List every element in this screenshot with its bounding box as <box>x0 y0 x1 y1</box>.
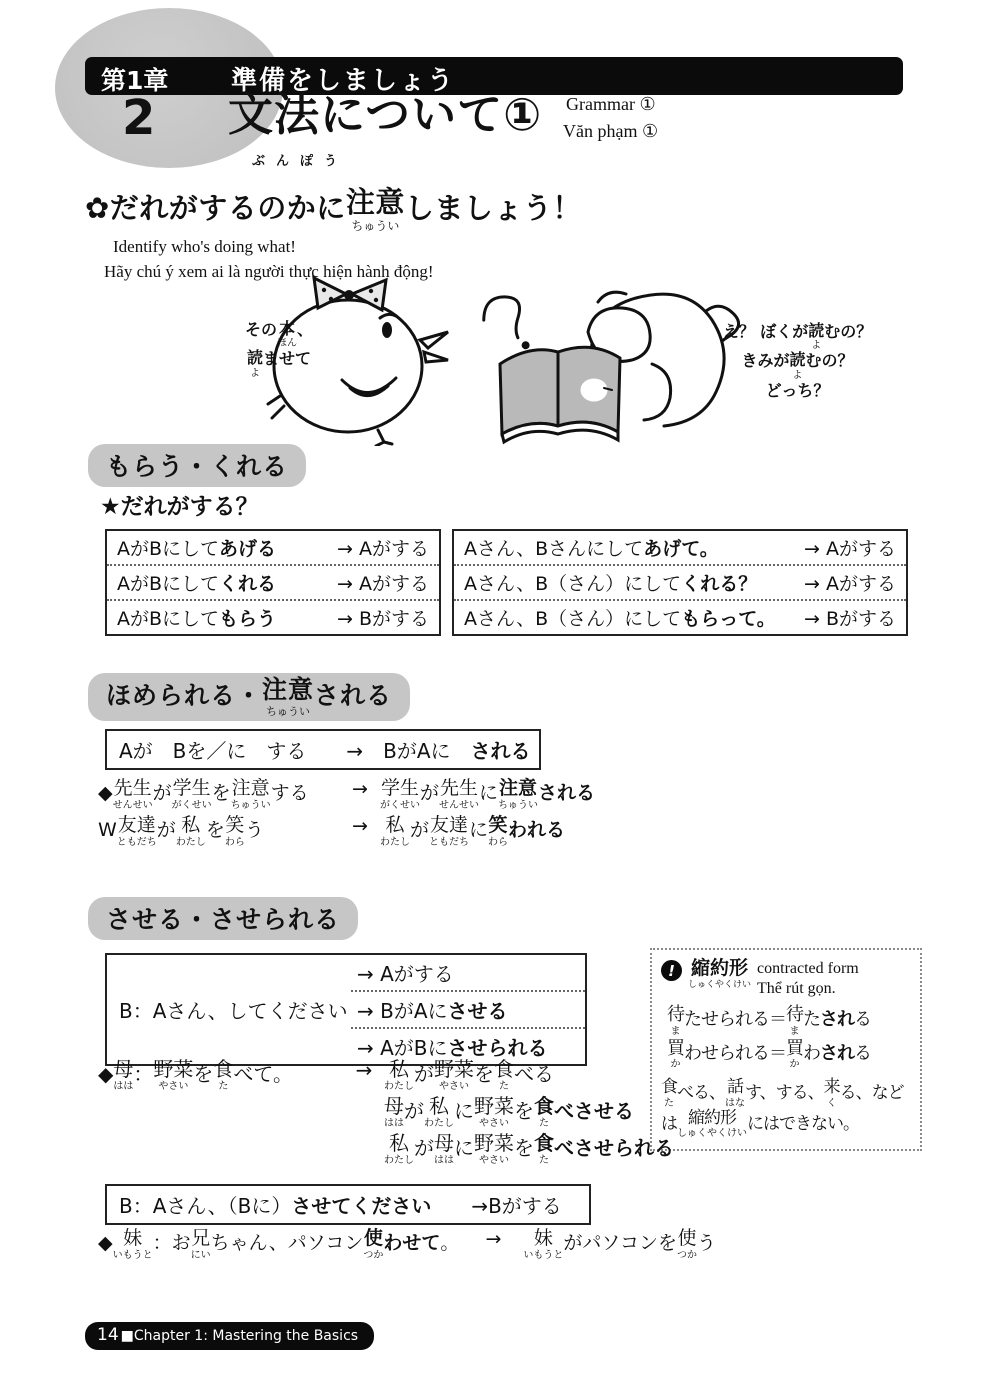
causative-example: ◆母はは：野菜やさいを食たべて。 → 私わたしが野菜やさいを食たべる 母ははが私… <box>98 1058 674 1166</box>
example-from: W友達ともだちが私わたしを笑わらう <box>98 815 340 848</box>
note-body-line: 食たべる、話はなす、する、来くる、など <box>661 1078 911 1109</box>
example-to: 私わたしが野菜やさいを食たべる <box>384 1058 674 1092</box>
note-title-vietnamese: Thể rút gọn. <box>757 980 836 997</box>
table-row: AがBにしてもらう → Bがする <box>107 599 439 634</box>
section-heading-passive: ほめられる・注意ちゅういされる <box>88 673 410 721</box>
pattern-text: AがBにしてあげる <box>117 534 276 561</box>
arrow: → <box>340 778 380 811</box>
lesson-number: 2 <box>122 90 155 146</box>
causative-pattern: B：Aさん、してください <box>107 955 351 1064</box>
pattern-text: AがBにしてくれる <box>117 569 276 596</box>
result-text: → Aがする <box>337 534 429 561</box>
table-row: Aさん、B（さん）にしてもらって。 → Bがする <box>454 599 906 634</box>
note-body-line: は縮約形しゅくやくけいにはできない。 <box>661 1109 911 1140</box>
example-from: ◆母はは：野菜やさいを食たべて。 <box>98 1058 344 1166</box>
section-heading-causative: させる・させられる <box>88 897 358 940</box>
causative-result: → Aがする <box>351 955 585 990</box>
subtitle-english: Grammar ① <box>566 94 656 115</box>
lesson-title-furigana: ぶんぽう <box>252 150 348 169</box>
example-to: 私わたしが友達ともだちに笑わらわれる <box>380 815 595 848</box>
example-to: 私わたしが母ははに野菜やさいを食たべさせられる <box>384 1132 674 1166</box>
left-chick-speech: その本ほん、読よませて <box>224 320 334 379</box>
footer-label: ■Chapter 1: Mastering the Basics <box>121 1328 358 1344</box>
result-text: → Bがする <box>804 604 896 631</box>
arrow: → <box>344 1058 384 1166</box>
intro-heading: ✿だれがするのかに注意ちゅういしましょう！ <box>85 186 582 232</box>
page-number: 14 <box>97 1325 119 1345</box>
note-title: 縮約形しゅくやくけい <box>688 958 751 990</box>
passive-rule-box: Aが Bを／に する → BがAに される <box>105 729 541 770</box>
contraction-equation: 待またせられる＝待またされる <box>667 1005 911 1037</box>
result-text: → Aがする <box>337 569 429 596</box>
exclamation-icon: ! <box>661 960 682 981</box>
contracted-form-note: ! 縮約形しゅくやくけい contracted form Thể rút gọn… <box>650 948 922 1151</box>
intro-heading-english: Identify who's doing what! <box>113 237 296 257</box>
pattern-text: Aさん、Bさんにしてあげて。 <box>464 534 719 561</box>
right-chick-speech: え？ ぼくが読よむの？きみが読よむの？どっち？ <box>700 322 895 401</box>
page-footer: 14 ■Chapter 1: Mastering the Basics <box>85 1322 374 1350</box>
lesson-title: 文法について① <box>228 90 542 140</box>
section-heading-morau-kureru: もらう・くれる <box>88 444 306 487</box>
example-from: ◆妹いもうと：お兄にいちゃん、パソコン使つかわせて。 <box>98 1228 459 1261</box>
textbook-page: 第1章 準備をしましょう 2 文法について① ぶんぽう Grammar ① Vă… <box>0 0 1000 1395</box>
table-row: Aさん、B（さん）にしてくれる？ → Aがする <box>454 564 906 599</box>
pattern-text: Aさん、B（さん）にしてもらって。 <box>464 604 776 631</box>
example-to: 妹いもうとがパソコンを使つかう <box>523 1228 716 1261</box>
example-to: 学生がくせいが先生せんせいに注意ちゅういされる <box>380 778 595 811</box>
arrow: → <box>485 1228 501 1250</box>
table-row: Aさん、Bさんにしてあげて。 → Aがする <box>454 531 906 564</box>
causative-table: B：Aさん、してください → Aがする → BがAにさせる → AがBにさせられ… <box>105 953 587 1066</box>
contraction-equation: 買かわせられる＝買かわされる <box>667 1039 911 1071</box>
causative-result: → BがAにさせる <box>351 990 585 1027</box>
morau-table-right: Aさん、Bさんにしてあげて。 → Aがする Aさん、B（さん）にしてくれる？ →… <box>452 529 908 636</box>
subheading-dare-ga-suru: ★だれがする？ <box>100 488 259 521</box>
note-title-english: contracted form <box>757 960 859 977</box>
arrow: → <box>340 815 380 848</box>
pattern-text: AがBにしてもらう <box>117 604 276 631</box>
example-to: 母ははが私わたしに野菜やさいを食たべさせる <box>384 1095 674 1129</box>
morau-table-left: AがBにしてあげる → Aがする AがBにしてくれる → Aがする AがBにして… <box>105 529 441 636</box>
table-row: AがBにしてあげる → Aがする <box>107 531 439 564</box>
result-text: → Aがする <box>804 534 896 561</box>
table-row: AがBにしてくれる → Aがする <box>107 564 439 599</box>
causative-request-rule-box: B：Aさん、（Bに）させてください →Bがする <box>105 1184 591 1225</box>
causative-request-example: ◆妹いもうと：お兄にいちゃん、パソコン使つかわせて。 → 妹いもうとがパソコンを… <box>98 1228 716 1261</box>
result-text: → Aがする <box>804 569 896 596</box>
subtitle-vietnamese: Văn phạm ① <box>563 121 658 142</box>
example-from: ◆先生せんせいが学生がくせいを注意ちゅういする <box>98 778 340 811</box>
result-text: → Bがする <box>337 604 429 631</box>
passive-examples: ◆先生せんせいが学生がくせいを注意ちゅういする → 学生がくせいが先生せんせいに… <box>98 778 595 848</box>
pattern-text: Aさん、B（さん）にしてくれる？ <box>464 569 757 596</box>
